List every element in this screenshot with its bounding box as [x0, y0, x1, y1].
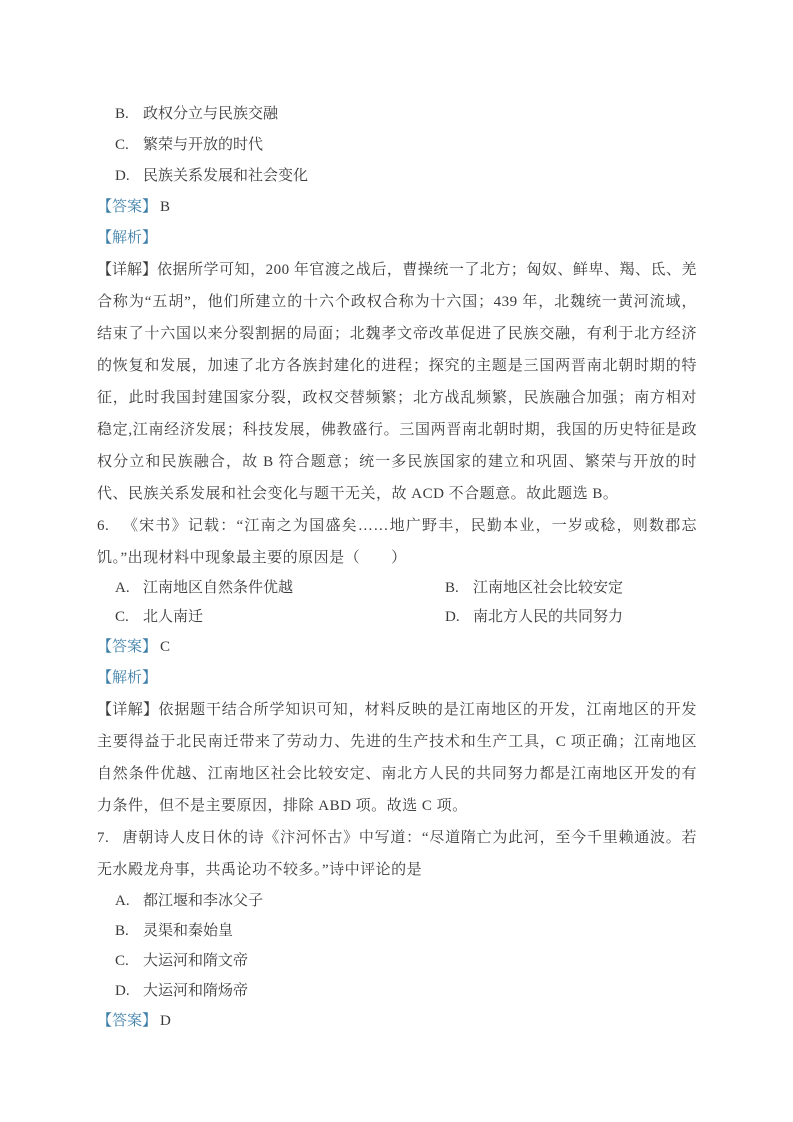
q5-answer-line: 【答案】B [97, 192, 697, 223]
option-text: 灵渠和秦始皇 [143, 923, 233, 939]
q5-detail-paragraph: 【详解】依据所学可知，200 年官渡之战后，曹操统一了北方；匈奴、鲜卑、羯、氐、… [97, 254, 697, 510]
q6-stem: 6.《宋书》记载：“江南之为国盛矣……地广野丰，民勤本业，一岁或稔，则数郡忘饥。… [97, 510, 697, 574]
option-letter: C. [115, 946, 143, 976]
option-text: 政权分立与民族交融 [143, 106, 278, 122]
q6-stem-text: 《宋书》记载：“江南之为国盛矣……地广野丰，民勤本业，一岁或稔，则数郡忘饥。”出… [97, 518, 697, 566]
option-text: 江南地区社会比较安定 [473, 580, 623, 596]
option-letter: A. [115, 886, 143, 916]
option-text: 大运河和隋炀帝 [143, 983, 248, 999]
analysis-label: 【解析】 [97, 670, 157, 686]
q6-option-b: B.江南地区社会比较安定 [445, 574, 697, 603]
question-7-block: 7.唐朝诗人皮日休的诗《汴河怀古》中写道：“尽道隋亡为此河，至今千里赖通波。若无… [97, 822, 697, 1037]
answer-label: 【答案】 [97, 1013, 157, 1029]
question-6-block: 6.《宋书》记载：“江南之为国盛矣……地广野丰，民勤本业，一岁或稔，则数郡忘饥。… [97, 510, 697, 822]
option-letter: B. [115, 99, 143, 130]
q7-answer-value: D [160, 1013, 171, 1029]
option-letter: C. [115, 130, 143, 161]
option-text: 大运河和隋文帝 [143, 953, 248, 969]
q6-answer-value: C [160, 639, 170, 655]
q6-analysis-line: 【解析】 [97, 663, 697, 694]
q6-detail-paragraph: 【详解】依据题干结合所学知识可知，材料反映的是江南地区的开发，江南地区的开发主要… [97, 694, 697, 822]
q6-option-a: A.江南地区自然条件优越 [115, 574, 445, 603]
option-letter: B. [445, 574, 473, 603]
option-text: 繁荣与开放的时代 [143, 137, 263, 153]
option-letter: B. [115, 916, 143, 946]
question-number: 7. [97, 830, 109, 846]
option-letter: C. [115, 603, 143, 632]
analysis-label: 【解析】 [97, 230, 157, 246]
q7-option-d: D.大运河和隋炀帝 [97, 976, 697, 1006]
option-letter: D. [115, 976, 143, 1006]
question-number: 6. [97, 518, 109, 534]
q5-analysis-line: 【解析】 [97, 223, 697, 254]
answer-label: 【答案】 [97, 639, 157, 655]
q7-option-c: C.大运河和隋文帝 [97, 946, 697, 976]
q5-option-c: C.繁荣与开放的时代 [97, 130, 697, 161]
q6-detail-text: 依据题干结合所学知识可知，材料反映的是江南地区的开发，江南地区的开发主要得益于北… [97, 702, 697, 814]
option-text: 北人南迁 [143, 609, 203, 625]
detail-label: 【详解】 [97, 262, 157, 278]
q7-option-b: B.灵渠和秦始皇 [97, 916, 697, 946]
option-text: 民族关系发展和社会变化 [143, 168, 308, 184]
option-text: 都江堰和李冰父子 [143, 893, 263, 909]
q7-options-list: A.都江堰和李冰父子 B.灵渠和秦始皇 C.大运河和隋文帝 D.大运河和隋炀帝 [97, 886, 697, 1006]
option-letter: A. [115, 574, 143, 603]
q5-detail-text: 依据所学可知，200 年官渡之战后，曹操统一了北方；匈奴、鲜卑、羯、氐、羌合称为… [97, 262, 697, 502]
q7-answer-line: 【答案】D [97, 1006, 697, 1037]
q7-option-a: A.都江堰和李冰父子 [97, 886, 697, 916]
q5-option-d: D.民族关系发展和社会变化 [97, 161, 697, 192]
document-page: B.政权分立与民族交融 C.繁荣与开放的时代 D.民族关系发展和社会变化 【答案… [0, 0, 793, 1122]
q6-option-c: C.北人南迁 [115, 603, 445, 632]
q7-stem: 7.唐朝诗人皮日休的诗《汴河怀古》中写道：“尽道隋亡为此河，至今千里赖通波。若无… [97, 822, 697, 886]
q5-option-b: B.政权分立与民族交融 [97, 99, 697, 130]
option-text: 江南地区自然条件优越 [143, 580, 293, 596]
option-letter: D. [445, 603, 473, 632]
answer-label: 【答案】 [97, 199, 157, 215]
q7-stem-text: 唐朝诗人皮日休的诗《汴河怀古》中写道：“尽道隋亡为此河，至今千里赖通波。若无水殿… [97, 830, 697, 878]
option-letter: D. [115, 161, 143, 192]
question-5-block: B.政权分立与民族交融 C.繁荣与开放的时代 D.民族关系发展和社会变化 【答案… [97, 99, 697, 510]
q6-options-grid: A.江南地区自然条件优越 B.江南地区社会比较安定 C.北人南迁 D.南北方人民… [97, 574, 697, 632]
q6-answer-line: 【答案】C [97, 632, 697, 663]
option-text: 南北方人民的共同努力 [473, 609, 623, 625]
detail-label: 【详解】 [97, 702, 158, 718]
q5-answer-value: B [160, 199, 170, 215]
q6-option-d: D.南北方人民的共同努力 [445, 603, 697, 632]
